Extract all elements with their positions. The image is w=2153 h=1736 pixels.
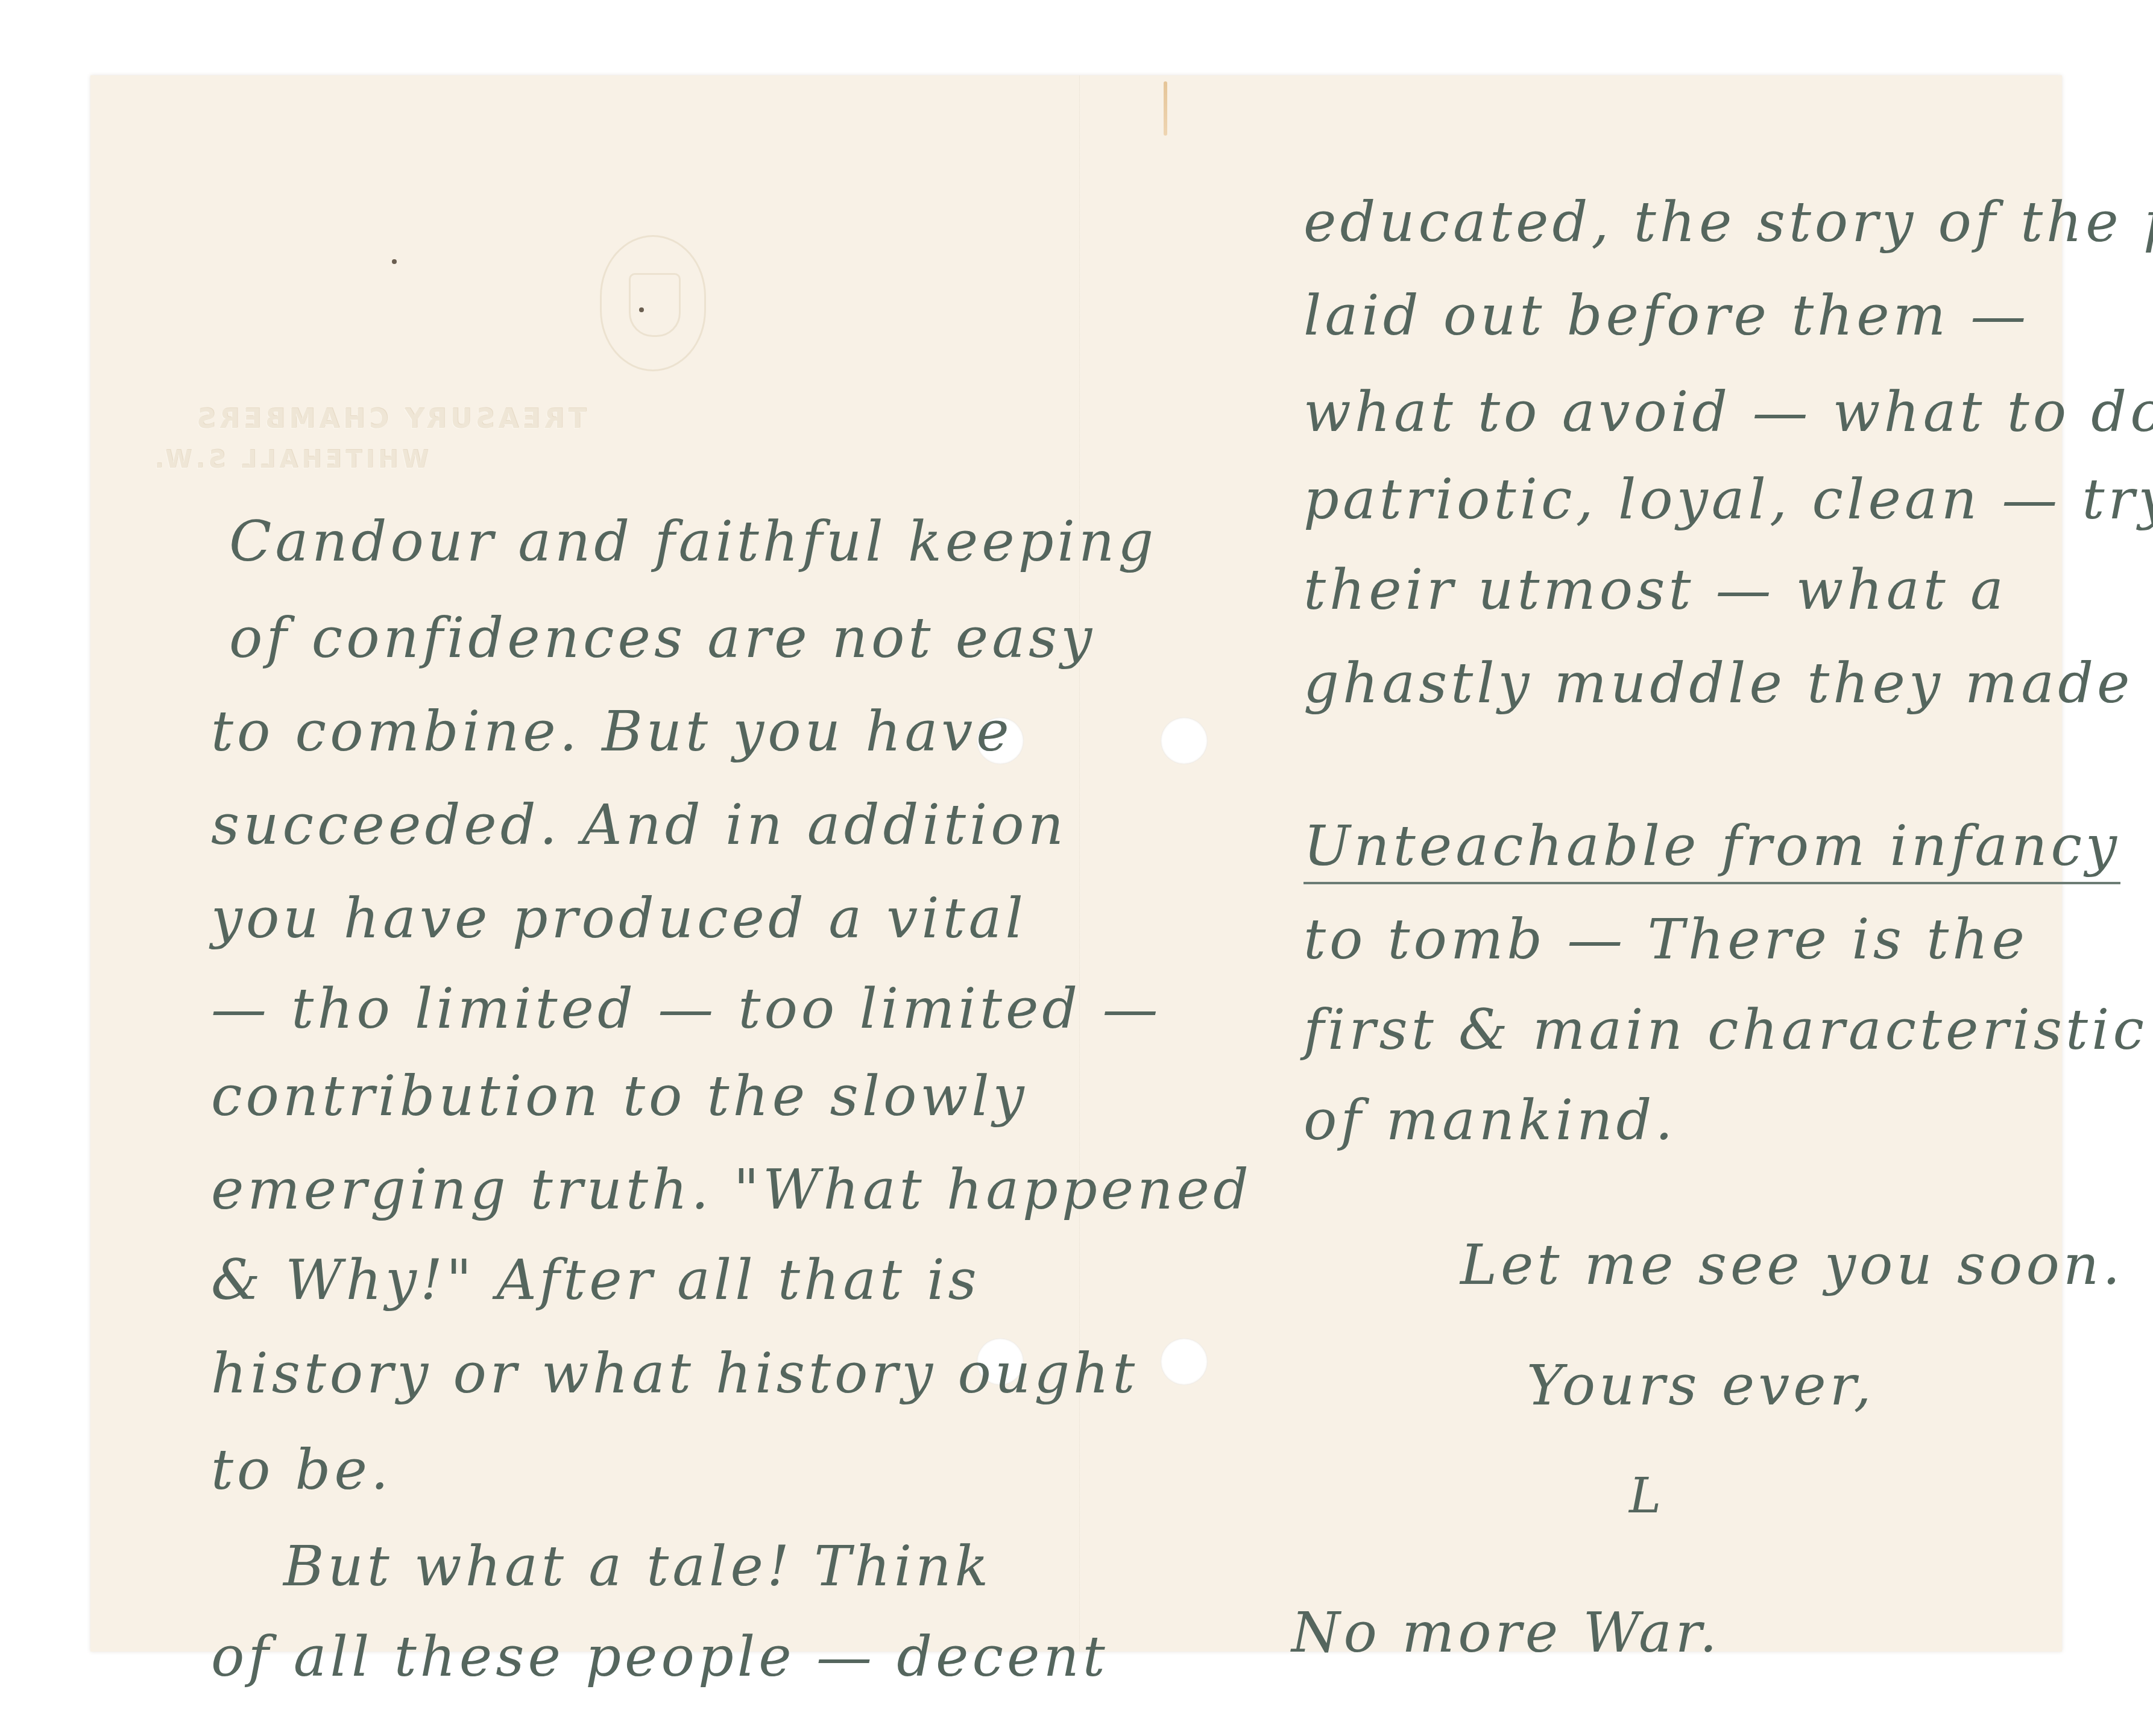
text-line: But what a tale! Think xyxy=(283,1534,992,1599)
text-line: of mankind. xyxy=(1303,1088,1677,1153)
text-line: — tho limited — too limited — xyxy=(211,976,1161,1041)
left-page: Candour and faithful keeping of confiden… xyxy=(90,75,1079,1652)
text-line: ghastly muddle they made of it! xyxy=(1303,651,2153,715)
text-line: their utmost — what a xyxy=(1303,558,2007,622)
text-line: to be. xyxy=(211,1438,392,1502)
text-line: to combine. But you have xyxy=(211,699,1013,764)
text-line: & Why!" After all that is xyxy=(211,1248,980,1312)
text-line: patriotic, loyal, clean — trying xyxy=(1303,467,2153,532)
text-line: to tomb — There is the xyxy=(1303,907,2028,972)
text-line: history or what history ought xyxy=(211,1341,1138,1406)
text-line: of confidences are not easy xyxy=(229,606,1095,670)
valediction: Yours ever, xyxy=(1527,1353,1875,1418)
text-line: contribution to the slowly xyxy=(211,1064,1028,1128)
text-line-underlined: Unteachable from infancy xyxy=(1303,814,2120,884)
text-line: educated, the story of the past xyxy=(1303,190,2153,254)
closing-request: Let me see you soon. xyxy=(1460,1233,2123,1297)
text-line: what to avoid — what to do etc xyxy=(1303,380,2153,444)
letter-paper: TREASURY CHAMBERS WHITEHALL S.W. Candour… xyxy=(90,75,2062,1652)
signature: L xyxy=(1629,1468,1665,1524)
ink-speck xyxy=(392,259,397,264)
postscript: No more War. xyxy=(1291,1600,1721,1665)
text-line: Candour and faithful keeping xyxy=(229,509,1157,574)
right-page: educated, the story of the past laid out… xyxy=(1080,75,2062,1652)
text-line: succeeded. And in addition xyxy=(211,793,1067,857)
text-line: laid out before them — xyxy=(1303,283,2029,348)
ink-speck xyxy=(639,307,644,312)
text-line: of all these people — decent xyxy=(211,1624,1109,1689)
text-line: you have produced a vital xyxy=(211,886,1027,951)
text-line: first & main characteristic xyxy=(1303,998,2148,1062)
